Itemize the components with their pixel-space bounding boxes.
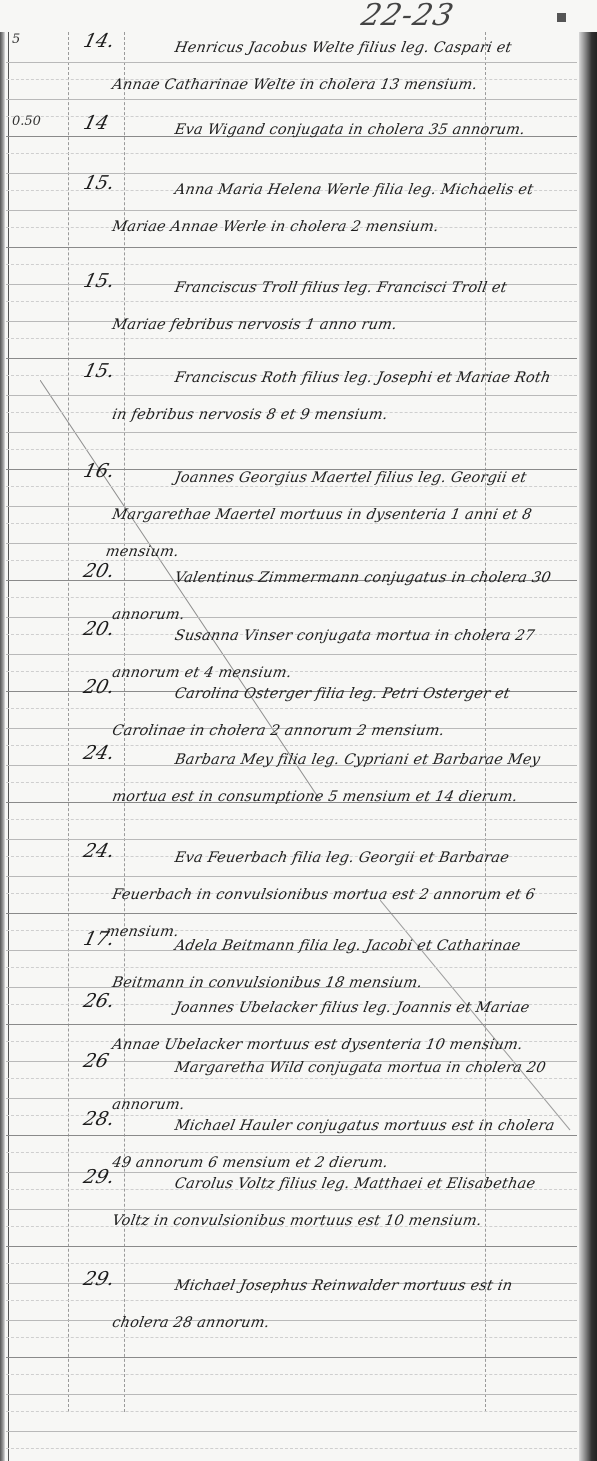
- entry-day: 28.: [81, 1108, 117, 1130]
- entry-margin-note: 0.50: [12, 114, 41, 129]
- entry-day: 20.: [81, 676, 117, 698]
- entry-day: 16.: [81, 460, 117, 482]
- ruled-line: [6, 1357, 577, 1358]
- ruled-line: [6, 247, 577, 248]
- entry-text: Barbara Mey filia leg. Cypriani et Barba…: [109, 742, 566, 816]
- entry-day: 20.: [81, 618, 117, 640]
- entry-text: Franciscus Roth filius leg. Josephi et M…: [109, 360, 566, 434]
- ruled-line-faint: [6, 264, 577, 265]
- page-reference-number: 22-23: [358, 0, 457, 33]
- entry-day: 24.: [81, 840, 117, 862]
- entry-text: Eva Wigand conjugata in cholera 35 annor…: [115, 112, 566, 149]
- ruled-line-faint: [6, 819, 577, 820]
- entry-text: Carolus Voltz filius leg. Matthaei et El…: [109, 1166, 566, 1240]
- ruled-line-faint: [6, 153, 577, 154]
- entry-text: Michael Josephus Reinwalder mortuus est …: [109, 1268, 566, 1342]
- ruled-line: [6, 1394, 577, 1395]
- corner-square-mark: [557, 13, 566, 22]
- scan-left-edge: [0, 32, 5, 1461]
- entry-text: Joannes Georgius Maertel filius leg. Geo…: [102, 460, 566, 571]
- entry-day: 29.: [81, 1166, 117, 1188]
- scan-right-edge-shadow: [579, 32, 597, 1461]
- entry-text: Henricus Jacobus Welte filius leg. Caspa…: [109, 30, 566, 104]
- entry-day: 17.: [81, 928, 117, 950]
- ruled-line-faint: [6, 1263, 577, 1264]
- entry-margin-note: 5: [12, 32, 20, 47]
- ruled-line: [6, 1431, 577, 1432]
- entry-day: 20.: [81, 560, 117, 582]
- entry-day: 15.: [81, 360, 117, 382]
- entry-day: 15.: [81, 172, 117, 194]
- entry-day: 24.: [81, 742, 117, 764]
- entry-text: Anna Maria Helena Werle filia leg. Micha…: [109, 172, 566, 246]
- entry-text: Franciscus Troll filius leg. Francisci T…: [109, 270, 566, 344]
- entry-day: 14: [81, 112, 111, 134]
- ruled-line: [6, 358, 577, 359]
- entry-day: 26.: [81, 990, 117, 1012]
- ruled-line-faint: [6, 449, 577, 450]
- ruled-line-faint: [6, 1448, 577, 1449]
- ruled-line-faint: [6, 1374, 577, 1375]
- entry-day: 26: [81, 1050, 111, 1072]
- entry-text: Carolina Osterger filia leg. Petri Oster…: [109, 676, 566, 750]
- ruled-line-faint: [6, 1411, 577, 1412]
- register-page: 22-23 514.Henricus Jacobus Welte filius …: [0, 0, 597, 1461]
- column-rule: [68, 32, 69, 1412]
- entry-day: 14.: [81, 30, 117, 52]
- entry-day: 15.: [81, 270, 117, 292]
- entry-day: 29.: [81, 1268, 117, 1290]
- ruled-line: [6, 1246, 577, 1247]
